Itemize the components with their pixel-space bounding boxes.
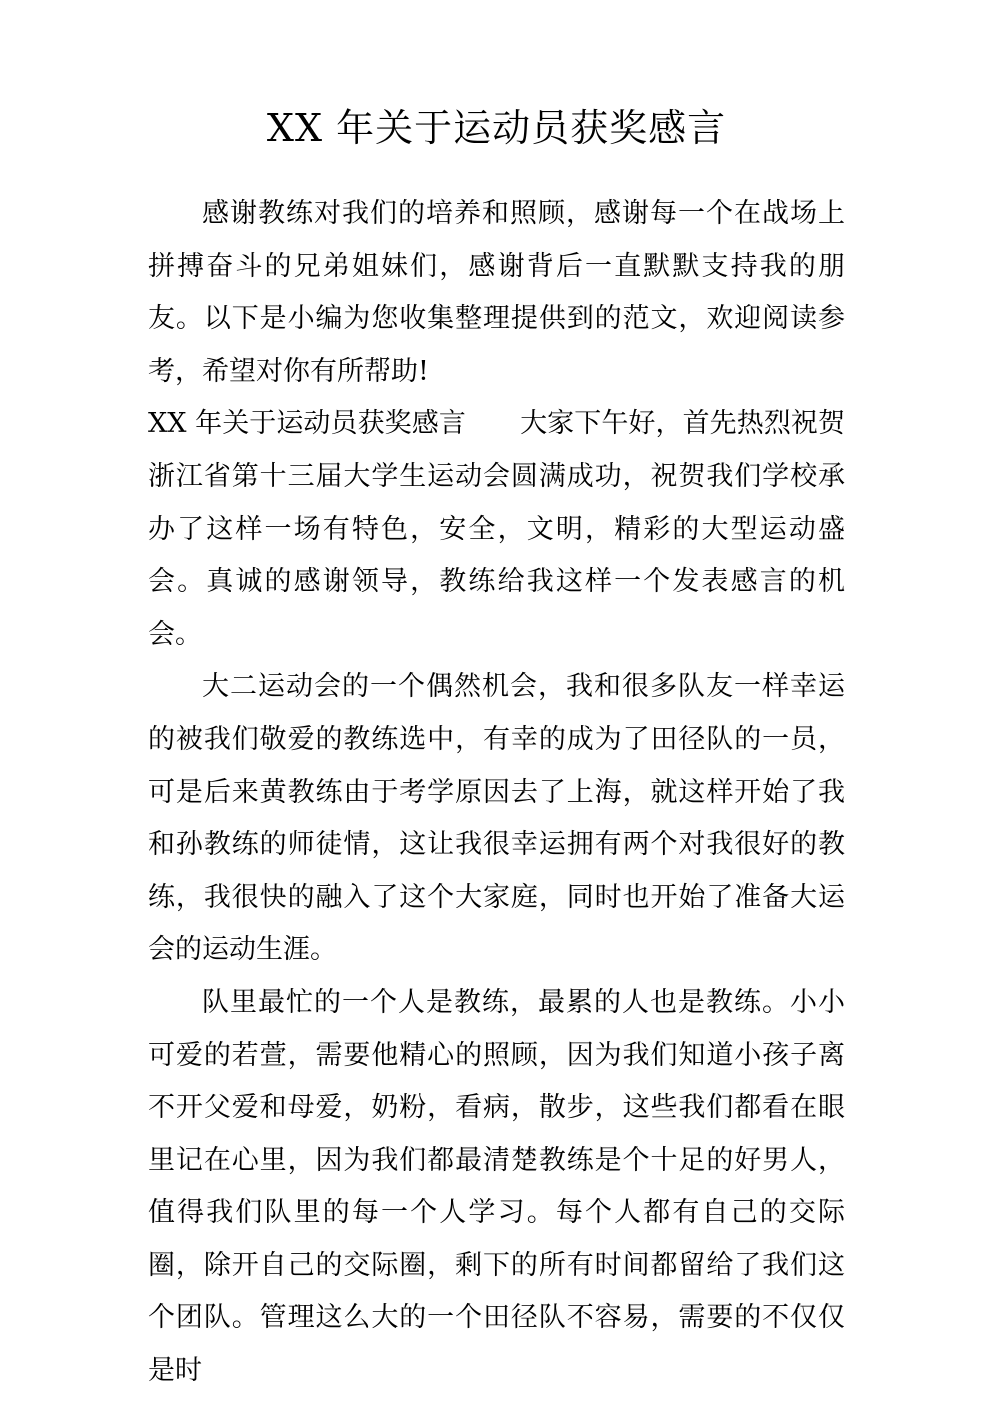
paragraph-3: 大二运动会的一个偶然机会，我和很多队友一样幸运的被我们敬爱的教练选中，有幸的成为…	[148, 661, 845, 977]
paragraph-1: 感谢教练对我们的培养和照顾，感谢每一个在战场上拼搏奋斗的兄弟姐妹们，感谢背后一直…	[148, 188, 845, 398]
paragraph-2: XX 年关于运动员获奖感言 大家下午好，首先热烈祝贺浙江省第十三届大学生运动会圆…	[148, 398, 845, 661]
document-title: XX 年关于运动员获奖感言	[148, 104, 845, 152]
document-page: XX 年关于运动员获奖感言 感谢教练对我们的培养和照顾，感谢每一个在战场上拼搏奋…	[0, 0, 993, 1404]
paragraph-4-truncated: 队里最忙的一个人是教练，最累的人也是教练。小小可爱的若萱，需要他精心的照顾，因为…	[148, 977, 845, 1398]
